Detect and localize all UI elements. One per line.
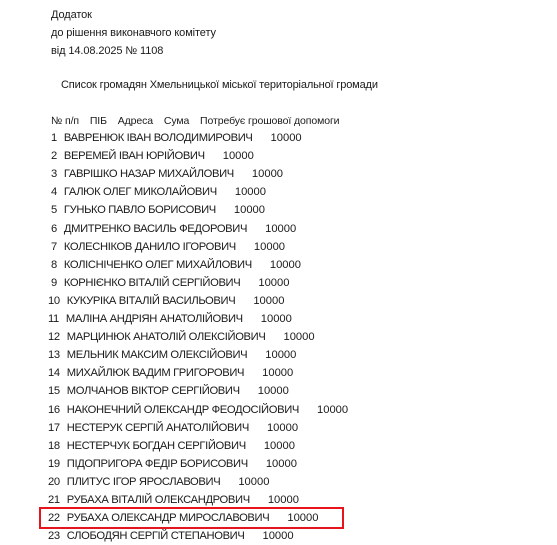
row-number: 4 xyxy=(51,183,57,201)
column-header-need: Потребує грошової допомоги xyxy=(200,115,339,127)
row-sum: 10000 xyxy=(264,437,295,455)
table-row: 19ПІДОПРИГОРА ФЕДІР БОРИСОВИЧ10000 xyxy=(48,455,297,473)
row-full-name: ВЕРЕМЕЙ ІВАН ЮРІЙОВИЧ xyxy=(64,147,205,165)
table-row: 9КОРНІЄНКО ВІТАЛІЙ СЕРГІЙОВИЧ10000 xyxy=(51,274,289,292)
row-full-name: КОРНІЄНКО ВІТАЛІЙ СЕРГІЙОВИЧ xyxy=(64,274,240,292)
table-row: 18НЕСТЕРЧУК БОГДАН СЕРГІЙОВИЧ10000 xyxy=(48,437,295,455)
row-sum: 10000 xyxy=(267,419,298,437)
decision-reference: до рішення виконавчого комітету xyxy=(51,26,216,40)
row-full-name: ВАВРЕНЮК ІВАН ВОЛОДИМИРОВИЧ xyxy=(64,129,253,147)
table-row: 2ВЕРЕМЕЙ ІВАН ЮРІЙОВИЧ10000 xyxy=(51,147,254,165)
table-row: 23СЛОБОДЯН СЕРГІЙ СТЕПАНОВИЧ10000 xyxy=(48,527,294,545)
row-sum: 10000 xyxy=(265,220,296,238)
row-sum: 10000 xyxy=(317,401,348,419)
table-row: 4ГАЛЮК ОЛЕГ МИКОЛАЙОВИЧ10000 xyxy=(51,183,266,201)
row-number: 10 xyxy=(48,292,60,310)
row-number: 20 xyxy=(48,473,60,491)
row-number: 2 xyxy=(51,147,57,165)
row-number: 16 xyxy=(48,401,60,419)
table-row: 16НАКОНЕЧНИЙ ОЛЕКСАНДР ФЕОДОСІЙОВИЧ10000 xyxy=(48,401,348,419)
row-number: 23 xyxy=(48,527,60,545)
document-page: Додаток до рішення виконавчого комітету … xyxy=(0,0,557,545)
row-number: 17 xyxy=(48,419,60,437)
table-row: 10КУКУРІКА ВІТАЛІЙ ВАСИЛЬОВИЧ10000 xyxy=(48,292,284,310)
row-sum: 10000 xyxy=(258,274,289,292)
row-number: 6 xyxy=(51,220,57,238)
row-sum: 10000 xyxy=(268,491,299,509)
table-row: 6ДМИТРЕНКО ВАСИЛЬ ФЕДОРОВИЧ10000 xyxy=(51,220,296,238)
row-number: 8 xyxy=(51,256,57,274)
row-sum: 10000 xyxy=(287,509,318,527)
row-full-name: РУБАХА ОЛЕКСАНДР МИРОСЛАВОВИЧ xyxy=(67,509,270,527)
row-sum: 10000 xyxy=(262,527,293,545)
row-full-name: НЕСТЕРУК СЕРГІЙ АНАТОЛІЙОВИЧ xyxy=(67,419,249,437)
table-row: 20ПЛИТУС ІГОР ЯРОСЛАВОВИЧ10000 xyxy=(48,473,269,491)
row-full-name: НЕСТЕРЧУК БОГДАН СЕРГІЙОВИЧ xyxy=(67,437,246,455)
row-sum: 10000 xyxy=(262,364,293,382)
row-full-name: ГАЛЮК ОЛЕГ МИКОЛАЙОВИЧ xyxy=(64,183,217,201)
row-sum: 10000 xyxy=(270,256,301,274)
row-number: 18 xyxy=(48,437,60,455)
column-header-sum: Сума xyxy=(164,115,189,127)
row-sum: 10000 xyxy=(271,129,302,147)
row-full-name: КОЛЕСНІКОВ ДАНИЛО ІГОРОВИЧ xyxy=(64,238,236,256)
row-number: 13 xyxy=(48,346,60,364)
table-row: 8КОЛІСНІЧЕНКО ОЛЕГ МИХАЙЛОВИЧ10000 xyxy=(51,256,301,274)
row-number: 14 xyxy=(48,364,60,382)
table-row: 11МАЛІНА АНДРІЯН АНАТОЛІЙОВИЧ10000 xyxy=(48,310,292,328)
table-row: 17НЕСТЕРУК СЕРГІЙ АНАТОЛІЙОВИЧ10000 xyxy=(48,419,298,437)
row-full-name: КУКУРІКА ВІТАЛІЙ ВАСИЛЬОВИЧ xyxy=(67,292,236,310)
row-sum: 10000 xyxy=(234,201,265,219)
row-number: 3 xyxy=(51,165,57,183)
row-full-name: МАРЦИНЮК АНАТОЛІЙ ОЛЕКСІЙОВИЧ xyxy=(67,328,266,346)
table-row: 22РУБАХА ОЛЕКСАНДР МИРОСЛАВОВИЧ10000 xyxy=(48,509,318,527)
table-row: 7КОЛЕСНІКОВ ДАНИЛО ІГОРОВИЧ10000 xyxy=(51,238,285,256)
row-number: 11 xyxy=(48,310,59,328)
row-full-name: МОЛЧАНОВ ВІКТОР СЕРГІЙОВИЧ xyxy=(67,382,240,400)
row-full-name: ГУНЬКО ПАВЛО БОРИСОВИЧ xyxy=(64,201,216,219)
row-sum: 10000 xyxy=(266,455,297,473)
table-row: 3ГАВРІШКО НАЗАР МИХАЙЛОВИЧ10000 xyxy=(51,165,283,183)
row-full-name: МЕЛЬНИК МАКСИМ ОЛЕКСІЙОВИЧ xyxy=(67,346,248,364)
column-header-number: № п/п xyxy=(51,115,79,127)
table-row: 14МИХАЙЛЮК ВАДИМ ГРИГОРОВИЧ10000 xyxy=(48,364,293,382)
row-full-name: ПЛИТУС ІГОР ЯРОСЛАВОВИЧ xyxy=(67,473,221,491)
table-row: 13МЕЛЬНИК МАКСИМ ОЛЕКСІЙОВИЧ10000 xyxy=(48,346,296,364)
row-full-name: ГАВРІШКО НАЗАР МИХАЙЛОВИЧ xyxy=(64,165,234,183)
row-full-name: СЛОБОДЯН СЕРГІЙ СТЕПАНОВИЧ xyxy=(67,527,245,545)
row-number: 1 xyxy=(51,129,57,147)
table-row: 21РУБАХА ВІТАЛІЙ ОЛЕКСАНДРОВИЧ10000 xyxy=(48,491,299,509)
row-full-name: РУБАХА ВІТАЛІЙ ОЛЕКСАНДРОВИЧ xyxy=(67,491,250,509)
row-sum: 10000 xyxy=(235,183,266,201)
row-number: 5 xyxy=(51,201,57,219)
row-number: 7 xyxy=(51,238,57,256)
row-full-name: НАКОНЕЧНИЙ ОЛЕКСАНДР ФЕОДОСІЙОВИЧ xyxy=(67,401,299,419)
row-full-name: МАЛІНА АНДРІЯН АНАТОЛІЙОВИЧ xyxy=(66,310,243,328)
table-row: 12МАРЦИНЮК АНАТОЛІЙ ОЛЕКСІЙОВИЧ10000 xyxy=(48,328,315,346)
row-sum: 10000 xyxy=(253,292,284,310)
table-row: 5ГУНЬКО ПАВЛО БОРИСОВИЧ10000 xyxy=(51,201,265,219)
list-title: Список громадян Хмельницької міської тер… xyxy=(61,79,378,91)
row-number: 19 xyxy=(48,455,60,473)
row-sum: 10000 xyxy=(258,382,289,400)
row-sum: 10000 xyxy=(254,238,285,256)
row-number: 9 xyxy=(51,274,57,292)
column-header-name: ПІБ xyxy=(90,115,107,127)
row-full-name: ПІДОПРИГОРА ФЕДІР БОРИСОВИЧ xyxy=(67,455,248,473)
row-number: 12 xyxy=(48,328,60,346)
column-header-address: Адреса xyxy=(118,115,153,127)
decision-date-number: від 14.08.2025 № 1108 xyxy=(51,44,163,58)
row-sum: 10000 xyxy=(238,473,269,491)
row-sum: 10000 xyxy=(261,310,292,328)
appendix-label: Додаток xyxy=(51,8,92,22)
row-number: 21 xyxy=(48,491,60,509)
table-row: 1ВАВРЕНЮК ІВАН ВОЛОДИМИРОВИЧ10000 xyxy=(51,129,302,147)
column-headers: № п/п ПІБ Адреса Сума Потребує грошової … xyxy=(51,115,347,127)
row-sum: 10000 xyxy=(223,147,254,165)
row-full-name: КОЛІСНІЧЕНКО ОЛЕГ МИХАЙЛОВИЧ xyxy=(64,256,252,274)
row-number: 22 xyxy=(48,509,60,527)
row-full-name: МИХАЙЛЮК ВАДИМ ГРИГОРОВИЧ xyxy=(67,364,244,382)
table-row: 15МОЛЧАНОВ ВІКТОР СЕРГІЙОВИЧ10000 xyxy=(48,382,289,400)
row-sum: 10000 xyxy=(283,328,314,346)
row-sum: 10000 xyxy=(265,346,296,364)
row-number: 15 xyxy=(48,382,60,400)
row-sum: 10000 xyxy=(252,165,283,183)
row-full-name: ДМИТРЕНКО ВАСИЛЬ ФЕДОРОВИЧ xyxy=(64,220,247,238)
